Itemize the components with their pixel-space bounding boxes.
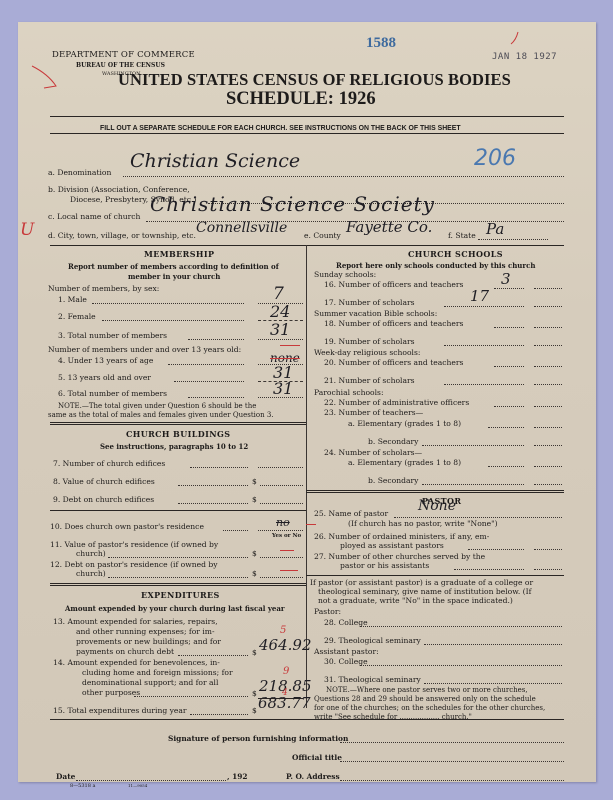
q24a-field[interactable] — [534, 466, 562, 467]
sunday-schools-heading: Sunday schools: — [314, 270, 376, 279]
q18-label: 18. Number of officers and teachers — [324, 319, 463, 328]
q13-leader — [178, 655, 248, 656]
q29-label: 29. Theological seminary — [324, 636, 421, 645]
q24a-leader — [488, 466, 524, 467]
header-rule-top — [50, 116, 564, 117]
q12-label-line2: church) — [76, 569, 106, 578]
po-address-field[interactable] — [340, 780, 564, 781]
q13-line4: payments on church debt — [76, 647, 174, 656]
official-title-field[interactable] — [340, 761, 564, 762]
q6-leader — [188, 397, 244, 398]
q6-label: 6. Total number of members — [58, 389, 167, 398]
q11-red-dash — [280, 550, 294, 551]
q14-leader — [134, 696, 248, 697]
q1-field[interactable]: 7 — [273, 284, 284, 304]
county-field[interactable]: Fayette Co. — [346, 218, 432, 236]
q8-leader — [178, 485, 248, 486]
q26-line1: 26. Number of ordained ministers, if any… — [314, 532, 489, 541]
q1-label: 1. Male — [58, 295, 87, 304]
q7-leader — [190, 467, 248, 468]
q24a-label: a. Elementary (grades 1 to 8) — [348, 458, 461, 467]
q13-line2: and other running expenses; for im- — [76, 627, 215, 636]
membership-note-line1: NOTE.—The total given under Question 6 s… — [58, 402, 256, 410]
q12-red-dash — [280, 570, 298, 571]
q23a-leader — [488, 427, 524, 428]
age-heading: Number of members under and over 13 year… — [48, 345, 241, 354]
body-bottom-rule — [50, 719, 564, 720]
q14-line1: 14. Amount expended for benevolences, in… — [53, 658, 220, 667]
q9-currency: $ — [252, 495, 257, 504]
q10-hint: Yes or No — [272, 533, 301, 539]
q16-line — [534, 288, 562, 289]
q20-label: 20. Number of officers and teachers — [324, 358, 463, 367]
q23a-field[interactable] — [534, 427, 562, 428]
state-line — [478, 239, 548, 240]
q10-field[interactable]: no — [276, 516, 290, 529]
membership-bottom-rule — [50, 422, 306, 425]
denomination-label: a. Denomination — [48, 168, 111, 177]
signature-label: Signature of person furnishing informati… — [168, 734, 348, 743]
q25-label: 25. Name of pastor — [314, 509, 388, 518]
q9-field[interactable] — [260, 503, 303, 504]
q21-field[interactable] — [534, 384, 562, 385]
q14-correction: 9 — [283, 666, 289, 677]
q27-line1: 27. Number of other churches served by t… — [314, 552, 485, 561]
q23b-label: b. Secondary — [368, 437, 418, 446]
q22-leader — [494, 406, 524, 407]
schedule-title: SCHEDULE: 1926 — [226, 89, 376, 110]
q11-leader — [108, 557, 248, 558]
date-label: Date — [56, 772, 75, 781]
official-title-label: Official title — [292, 753, 342, 762]
q25-line — [394, 517, 562, 518]
membership-title: MEMBERSHIP — [144, 249, 214, 259]
q5-leader — [174, 381, 244, 382]
q21-label: 21. Number of scholars — [324, 376, 415, 385]
q22-field[interactable] — [534, 406, 562, 407]
pastor-note-line4: write "See schedule for ................… — [314, 713, 472, 721]
q11-field[interactable] — [260, 557, 303, 558]
q23a-label: a. Elementary (grades 1 to 8) — [348, 419, 461, 428]
print-code: 11—9054 — [128, 783, 147, 788]
q31-label: 31. Theological seminary — [324, 675, 421, 684]
q12-label-line1: 12. Debt on pastor's residence (if owned… — [50, 560, 218, 569]
membership-note-line2: same as the total of males and females g… — [48, 411, 274, 419]
q3-leader — [188, 339, 244, 340]
q27-field[interactable] — [534, 569, 562, 570]
church-schools-title: CHURCH SCHOOLS — [408, 249, 503, 259]
fill-out-instruction: FILL OUT A SEPARATE SCHEDULE FOR EACH CH… — [100, 123, 461, 132]
assistant-pastor-heading: Assistant pastor: — [314, 647, 379, 656]
q2-label: 2. Female — [58, 312, 96, 321]
q2-field[interactable]: 24 — [270, 302, 290, 321]
q4-label: 4. Under 13 years of age — [58, 356, 153, 365]
q4-red-correction — [280, 345, 300, 346]
state-label: f. State — [448, 231, 476, 240]
church-buildings-title: CHURCH BUILDINGS — [126, 429, 230, 439]
q20-leader — [494, 366, 524, 367]
form-number: 8—5318 a — [70, 783, 95, 789]
q7-field[interactable] — [258, 467, 303, 468]
q10-line — [258, 530, 303, 531]
denomination-code: 206 — [474, 146, 516, 171]
q19-leader — [444, 345, 524, 346]
q13-line3: provements or new buildings; and for — [76, 637, 221, 646]
q5-label: 5. 13 years old and over — [58, 373, 151, 382]
q16-label: 16. Number of officers and teachers — [324, 280, 463, 289]
graduate-instruction-line2: theological seminary, give name of insti… — [318, 587, 531, 596]
q10-red-mark — [306, 524, 316, 525]
q4-leader — [168, 364, 244, 365]
q12-leader — [108, 577, 248, 578]
q8-field[interactable] — [260, 485, 303, 486]
q18-leader — [494, 327, 524, 328]
q1-leader — [92, 303, 244, 304]
q22-label: 22. Number of administrative officers — [324, 398, 469, 407]
q12-field[interactable] — [260, 577, 303, 578]
red-check-mark-icon — [30, 62, 60, 90]
q11-currency: $ — [252, 549, 257, 558]
q14-line2: cluding home and foreign missions; for — [82, 668, 233, 677]
department-name: DEPARTMENT OF COMMERCE — [52, 50, 195, 60]
weekday-schools-heading: Week-day religious schools: — [314, 348, 420, 357]
q26-field[interactable] — [534, 549, 562, 550]
q18-field[interactable] — [534, 327, 562, 328]
pastor-note-line2: Questions 28 and 29 should be answered o… — [314, 695, 536, 703]
q30-field[interactable] — [360, 665, 562, 666]
q16-leader — [494, 288, 524, 289]
q23-label: 23. Number of teachers— — [324, 408, 423, 417]
q9-leader — [178, 503, 248, 504]
q13-currency: $ — [252, 648, 257, 657]
membership-subtitle-line1: Report number of members according to de… — [68, 262, 279, 271]
q3-field[interactable]: 31 — [270, 320, 290, 339]
po-address-label: P. O. Address — [286, 772, 340, 781]
q26-leader — [468, 549, 524, 550]
date-field[interactable] — [76, 780, 226, 781]
q9-label: 9. Debt on church edifices — [53, 495, 154, 504]
identification-bottom-rule — [50, 245, 564, 246]
q10-label: 10. Does church own pastor's residence — [50, 522, 204, 531]
pastor-heading: Pastor: — [314, 607, 341, 616]
county-label: e. County — [304, 231, 341, 240]
serial-number: 1588 — [366, 35, 396, 52]
city-label: d. City, town, village, or township, etc… — [48, 231, 196, 240]
q21-leader — [444, 384, 524, 385]
q19-field[interactable] — [534, 345, 562, 346]
q19-label: 19. Number of scholars — [324, 337, 415, 346]
graduate-instruction-line1: If pastor (or assistant pastor) is a gra… — [310, 578, 533, 587]
form-title: UNITED STATES CENSUS OF RELIGIOUS BODIES — [118, 70, 511, 90]
q14-line3: denominational support; and for all — [82, 678, 218, 687]
expenditures-title: EXPENDITURES — [141, 590, 220, 600]
census-schedule-document: DEPARTMENT OF COMMERCE BUREAU OF THE CEN… — [18, 22, 596, 782]
q28-field[interactable] — [360, 626, 562, 627]
buildings-divider — [50, 510, 306, 511]
graduate-instruction-line3: not a graduate, write "No" in the space … — [318, 596, 513, 605]
q29-field[interactable] — [424, 644, 562, 645]
q24b-leader — [422, 484, 524, 485]
q15-correction: 4 — [282, 688, 288, 698]
q25-field[interactable]: None — [418, 498, 456, 514]
pastor-note-line3: for one of the churches; on the schedule… — [314, 704, 545, 712]
q26-line2: ployed as assistant pastors — [340, 541, 444, 550]
q25-hint: (If church has no pastor, write "None") — [348, 519, 498, 528]
pastor-divider — [306, 575, 564, 576]
q14-line4: other purposes — [82, 688, 140, 697]
membership-subtitle-line2: member in your church — [128, 272, 220, 281]
q13-field[interactable]: 464.92 — [259, 636, 312, 654]
signature-field[interactable] — [340, 742, 564, 743]
q11-label-line1: 11. Value of pastor's residence (if owne… — [50, 540, 218, 549]
q7-label: 7. Number of church edifices — [53, 459, 165, 468]
q16-field[interactable]: 3 — [501, 270, 511, 288]
local-name-field[interactable]: Christian Science Society — [150, 192, 435, 216]
q13-correction: 5 — [280, 625, 286, 636]
q23b-field[interactable] — [534, 445, 562, 446]
summer-schools-heading: Summer vacation Bible schools: — [314, 309, 437, 318]
schools-bottom-rule — [306, 490, 564, 493]
denomination-field[interactable]: Christian Science — [130, 150, 300, 172]
church-schools-subtitle: Report here only schools conducted by th… — [336, 261, 535, 270]
q15-leader — [190, 714, 248, 715]
q24b-field[interactable] — [534, 484, 562, 485]
denomination-line — [123, 176, 564, 177]
church-buildings-subtitle: See instructions, paragraphs 10 to 12 — [100, 442, 248, 451]
received-date-stamp: JAN 18 1927 — [492, 52, 557, 62]
local-name-label: c. Local name of church — [48, 212, 140, 221]
q17-field[interactable]: 17 — [470, 287, 489, 305]
q13-line1: 13. Amount expended for salaries, repair… — [53, 617, 218, 626]
pastor-note-line1: NOTE.—Where one pastor serves two or mor… — [326, 686, 528, 694]
by-sex-heading: Number of members, by sex: — [48, 284, 159, 293]
q6-field[interactable]: 31 — [273, 379, 293, 398]
q27-leader — [454, 569, 524, 570]
q3-label: 3. Total number of members — [58, 331, 167, 340]
q10-leader — [223, 530, 248, 531]
city-field[interactable]: Connellsville — [196, 220, 287, 236]
q27-line2: pastor or his assistants — [340, 561, 429, 570]
q14-currency: $ — [252, 689, 257, 698]
q24-label: 24. Number of scholars— — [324, 448, 422, 457]
state-field[interactable]: Pa — [486, 220, 504, 238]
q2-leader — [102, 320, 244, 321]
q17-leader — [444, 306, 524, 307]
q23b-leader — [422, 445, 524, 446]
margin-mark: U — [20, 220, 34, 240]
date-year-prefix: , 192 — [227, 772, 248, 781]
q12-currency: $ — [252, 569, 257, 578]
parochial-schools-heading: Parochial schools: — [314, 388, 384, 397]
bureau-name: BUREAU OF THE CENSUS — [76, 62, 165, 69]
q20-field[interactable] — [534, 366, 562, 367]
red-tick-mark-icon — [508, 30, 522, 48]
expenditures-subtitle: Amount expended by your church during la… — [65, 604, 285, 613]
q17-line — [534, 306, 562, 307]
q11-label-line2: church) — [76, 549, 106, 558]
q15-label: 15. Total expenditures during year — [53, 706, 187, 715]
q31-field[interactable] — [424, 683, 562, 684]
q24b-label: b. Secondary — [368, 476, 418, 485]
buildings-bottom-rule — [50, 583, 306, 586]
header-rule-bottom — [50, 133, 564, 134]
q15-currency: $ — [252, 706, 257, 715]
q8-currency: $ — [252, 477, 257, 486]
q3-line — [258, 339, 303, 340]
q8-label: 8. Value of church edifices — [53, 477, 155, 486]
q17-label: 17. Number of scholars — [324, 298, 415, 307]
